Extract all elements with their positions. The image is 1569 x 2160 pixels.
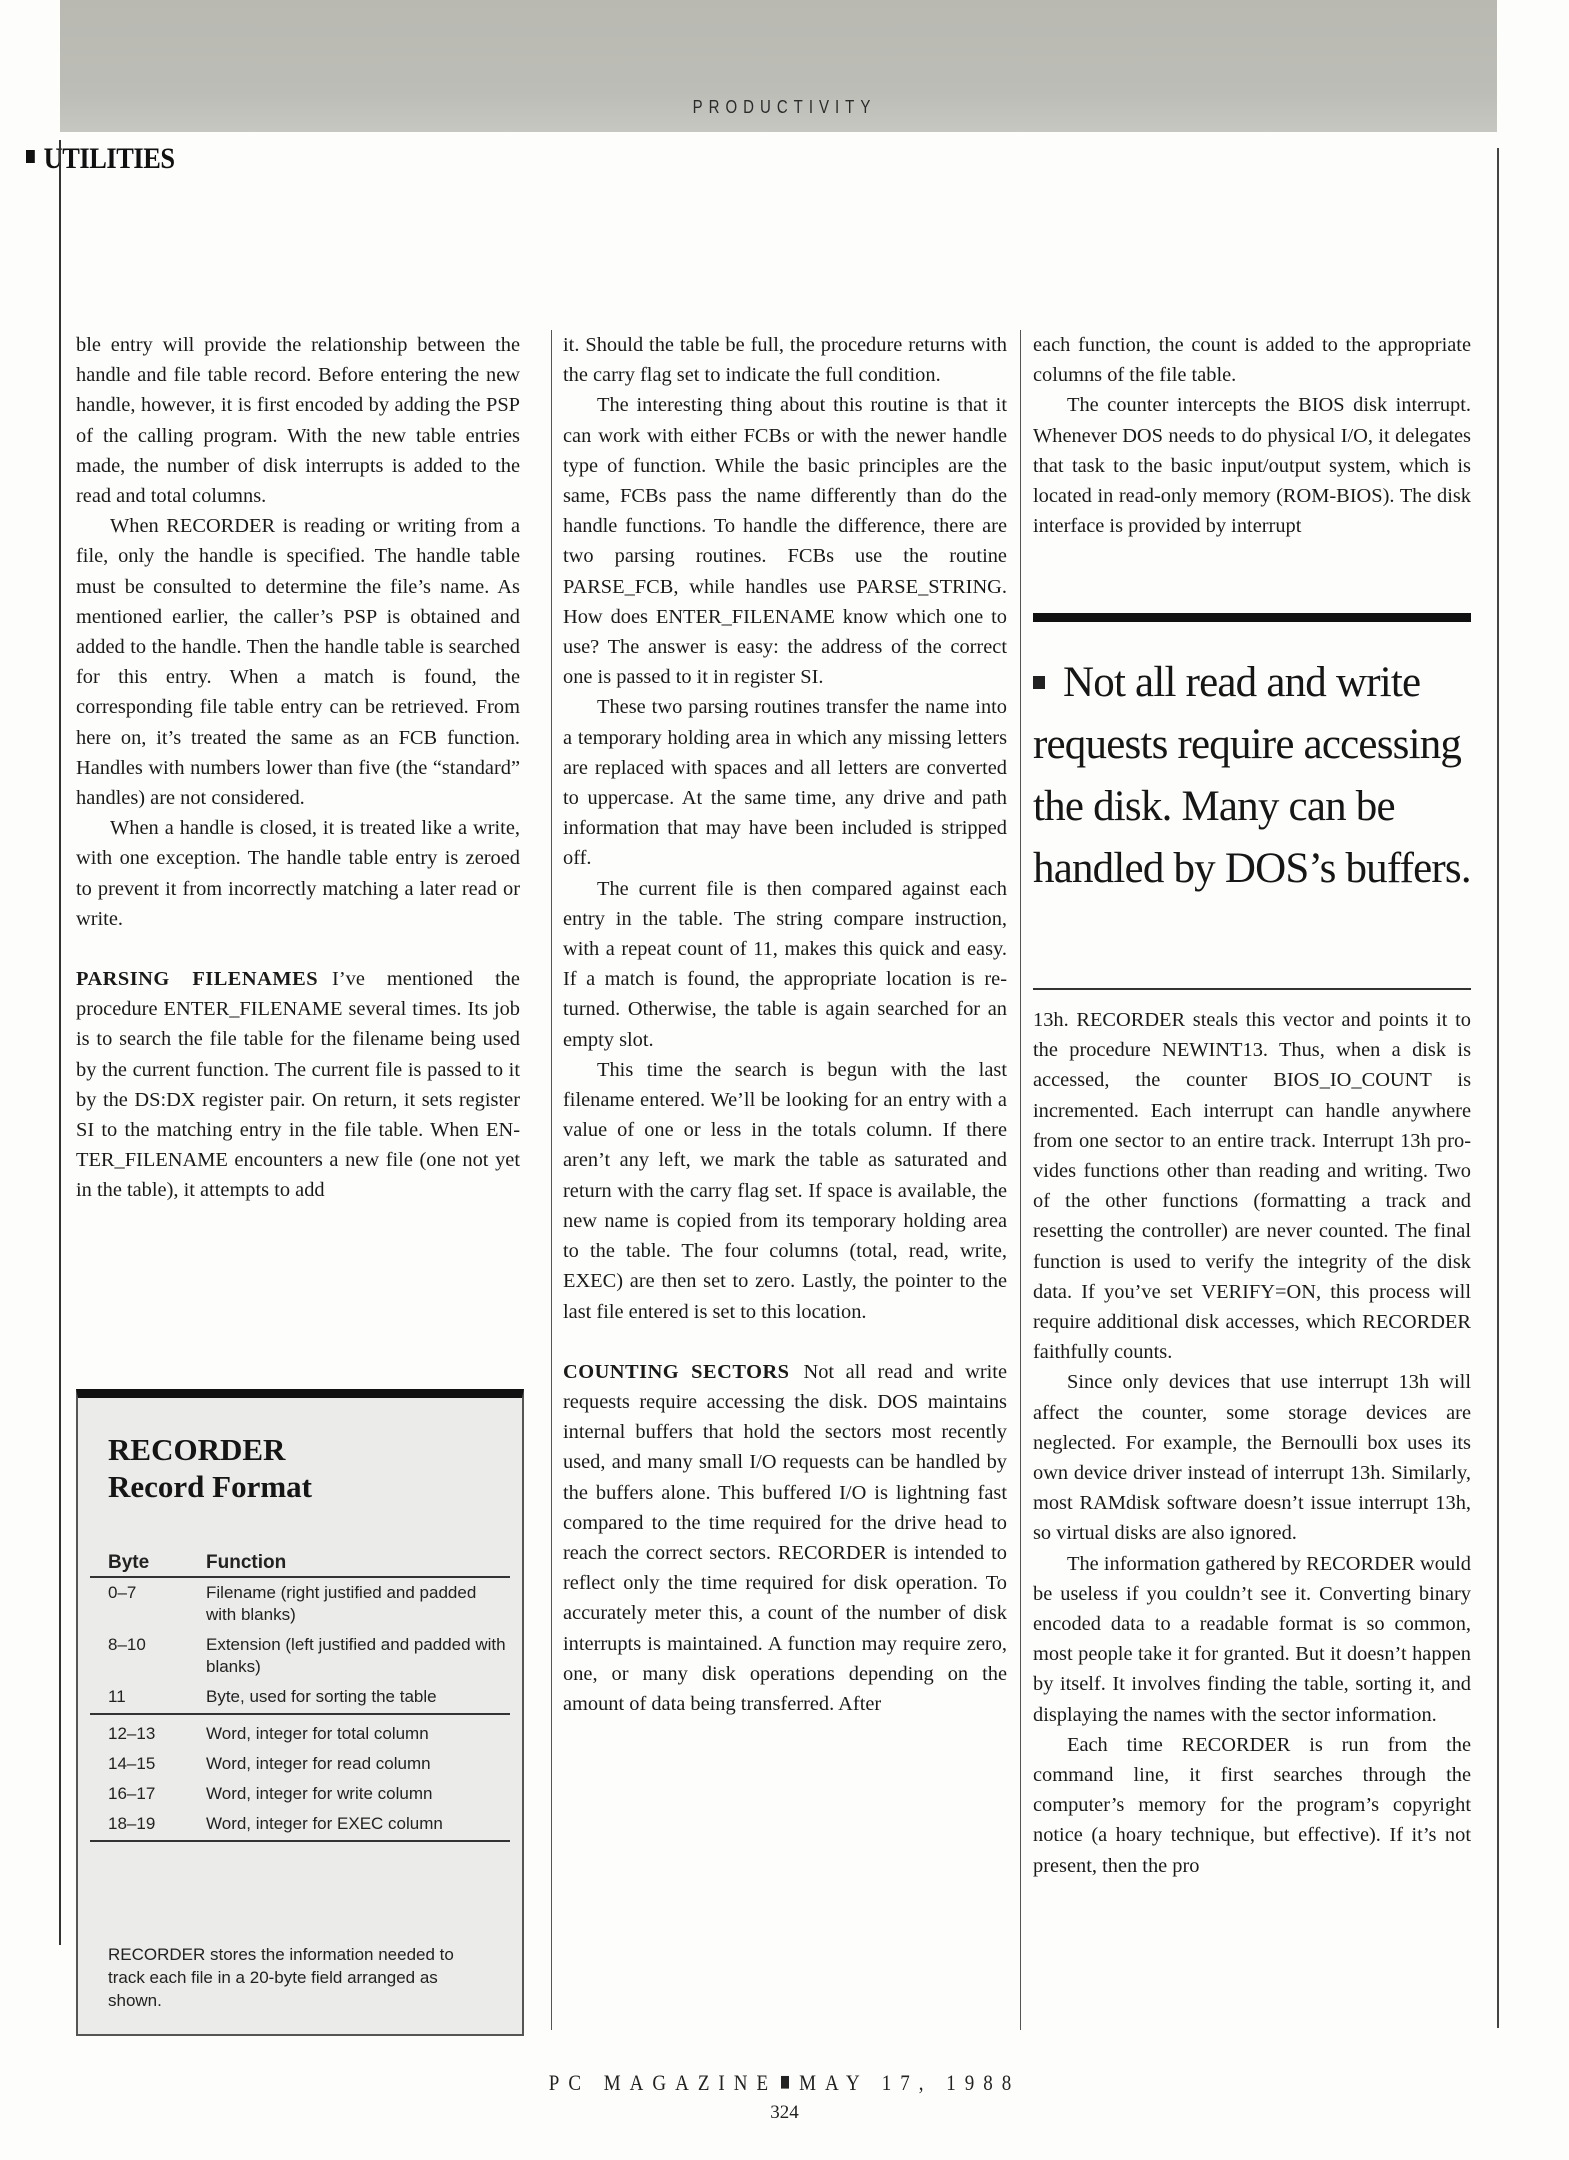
column-left: ble entry will provide the relationship … [76,330,520,1206]
byte-cell: 14–15 [90,1749,206,1779]
page-number: 324 [0,2102,1569,2124]
paragraph: The information gathered by RE­CORDER wo… [1033,1549,1471,1730]
paragraph: The current file is then compared agains… [563,874,1007,1055]
square-bullet-icon [781,2076,789,2089]
column-divider [1020,330,1021,2030]
table-row: 8–10 Extension (left justified and padde… [90,1630,510,1682]
square-bullet-icon [1033,676,1045,689]
function-cell: Word, integer for total column [206,1714,510,1749]
column-right-top: each function, the count is added to the… [1033,330,1471,541]
frame-rule-left [59,140,61,1945]
subhead: PARSING FILENAMES [76,968,318,990]
paragraph: When a handle is closed, it is treated l… [76,813,520,934]
department-heading: UTILITIES [26,142,175,176]
paragraph: These two parsing routines transfer the … [563,692,1007,873]
column-middle: it. Should the table be full, the proced… [563,330,1007,1719]
column-header-function: Function [206,1548,510,1577]
byte-cell: 11 [90,1682,206,1714]
byte-cell: 12–13 [90,1714,206,1749]
square-bullet-icon [26,150,35,163]
function-cell: Word, integer for write column [206,1779,510,1809]
paragraph: Each time RECORDER is run from the comma… [1033,1730,1471,1881]
pull-quote-rule [1033,988,1471,990]
subhead: COUNTING SECTORS [563,1361,790,1383]
paragraph: The counter intercepts the BIOS disk int… [1033,390,1471,541]
table-row: 14–15 Word, integer for read column [90,1749,510,1779]
sidebar-title-line1: RECORDER [108,1431,312,1468]
paragraph: When RECORDER is reading or writ­ing fro… [76,511,520,813]
table-row: 12–13 Word, integer for total column [90,1714,510,1749]
function-cell: Filename (right justified and padded wit… [206,1577,510,1630]
byte-cell: 8–10 [90,1630,206,1682]
column-right-bottom: 13h. RECORDER steals this vector and poi… [1033,1005,1471,1881]
sidebar-title-line2: Record Format [108,1468,312,1505]
function-cell: Word, integer for read column [206,1749,510,1779]
subsection-text: I’ve men­tioned the procedure ENTER_FILE… [76,968,520,1201]
page-footer: PC MAGAZINEMAY 17, 1988 [0,2071,1569,2096]
paragraph: This time the search is begun with the l… [563,1055,1007,1327]
table-row: 16–17 Word, integer for write column [90,1779,510,1809]
record-format-table: Byte Function 0–7 Filename (right justif… [90,1548,510,1842]
department-label: UTILITIES [44,142,175,175]
paragraph: it. Should the table be full, the proced… [563,330,1007,390]
pull-quote: Not all read and write requests require … [1033,613,1471,900]
frame-rule-right [1497,148,1499,2028]
paragraph: each function, the count is added to the… [1033,330,1471,390]
subsection-text: Not all read and write requests require … [563,1361,1007,1715]
table-header-row: Byte Function [90,1548,510,1577]
table-row: 11 Byte, used for sorting the table [90,1682,510,1714]
paragraph: The interesting thing about this routine… [563,390,1007,692]
paragraph: Since only devices that use interrupt 13… [1033,1367,1471,1548]
function-cell: Byte, used for sorting the table [206,1682,510,1714]
subsection: PARSING FILENAMESI’ve men­tioned the pro… [76,964,520,1206]
pull-quote-text: Not all read and write requests require … [1033,659,1471,892]
table-row: 0–7 Filename (right justified and padded… [90,1577,510,1630]
column-header-byte: Byte [90,1548,206,1577]
table-row: 18–19 Word, integer for EXEC column [90,1809,510,1841]
sidebar-caption: RECORDER stores the information needed t… [108,1943,488,2012]
issue-date: MAY 17, 1988 [799,2071,1020,2095]
byte-cell: 16–17 [90,1779,206,1809]
byte-cell: 0–7 [90,1577,206,1630]
column-divider [551,330,552,2030]
function-cell: Extension (left justified and padded wit… [206,1630,510,1682]
function-cell: Word, integer for EXEC column [206,1809,510,1841]
byte-cell: 18–19 [90,1809,206,1841]
subsection: COUNTING SECTORSNot all read and write r… [563,1357,1007,1719]
sidebar-box: RECORDER Record Format Byte Function 0–7… [76,1389,524,2036]
section-label: PRODUCTIVITY [0,97,1569,117]
paragraph: 13h. RECORDER steals this vector and poi… [1033,1005,1471,1367]
sidebar-title: RECORDER Record Format [108,1431,312,1505]
publication-name: PC MAGAZINE [549,2071,777,2095]
paragraph: ble entry will provide the relationship … [76,330,520,511]
